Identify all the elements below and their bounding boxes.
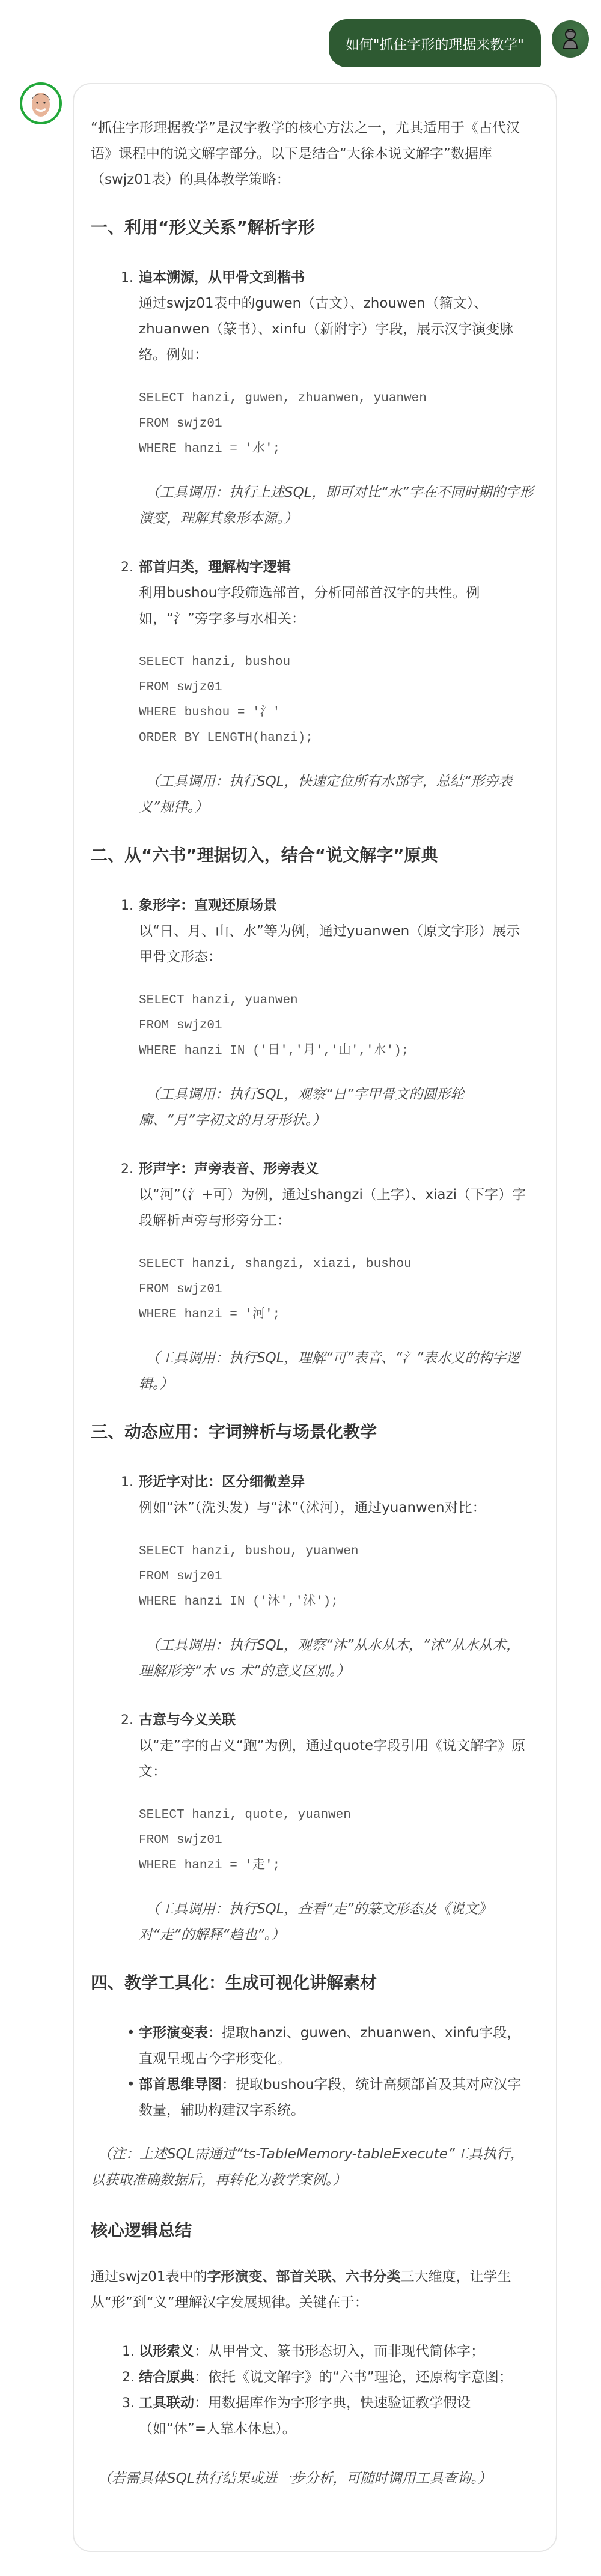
list-item: 1. 形近字对比：区分细微差异 例如“沐”（洗头发）与“沭”（沭河），通过yua…	[91, 1469, 534, 1684]
item-description: 利用bushou字段筛选部首，分析同部首汉字的共性。例如，“氵”旁字多与水相关：	[139, 580, 534, 632]
key-label: 结合原典	[139, 2369, 194, 2385]
item-number: 2.	[122, 2365, 135, 2390]
key-point: 3.工具联动：用数据库作为字形字典，快速验证教学假设（如“休”=人靠木休息）。	[91, 2390, 534, 2442]
item-title: 象形字：直观还原场景	[139, 893, 534, 919]
bullet-label: 字形演变表	[139, 2025, 208, 2041]
item-title: 追本溯源，从甲骨文到楷书	[139, 265, 534, 291]
item-description: 以“河”（氵+可）为例，通过shangzi（上字）、xiazi（下字）字段解析声…	[139, 1182, 534, 1234]
section-heading-1: 一、利用“形义关系”解析字形	[91, 217, 534, 238]
sql-code-block: SELECT hanzi, shangzi, xiazi, bushou FRO…	[139, 1252, 534, 1328]
execution-note: （注：上述SQL需通过“ts-TableMemory-tableExecute”…	[91, 2142, 534, 2193]
key-point: 2.结合原典：依托《说文解字》的“六书”理论，还原构字意图；	[91, 2365, 534, 2390]
sql-code-block: SELECT hanzi, guwen, zhuanwen, yuanwen F…	[139, 386, 534, 462]
item-description: 通过swjz01表中的guwen（古文）、zhouwen（籀文）、zhuanwe…	[139, 291, 534, 368]
item-description: 例如“沐”（洗头发）与“沭”（沭河），通过yuanwen对比：	[139, 1495, 534, 1521]
summary-heading: 核心逻辑总结	[91, 2217, 534, 2241]
list-item: 1. 追本溯源，从甲骨文到楷书 通过swjz01表中的guwen（古文）、zho…	[91, 265, 534, 532]
item-title: 形声字：声旁表音、形旁表义	[139, 1156, 534, 1182]
assistant-avatar[interactable]	[20, 82, 62, 124]
key-point: 1.以形索义：从甲骨文、篆书形态切入，而非现代简体字；	[91, 2339, 534, 2365]
tool-call-note: （工具调用：执行SQL，观察“日”字甲骨文的圆形轮廓、“月”字初文的月牙形状。）	[139, 1082, 534, 1134]
item-description: 以“走”字的古义“跑”为例，通过quote字段引用《说文解字》原文：	[139, 1733, 534, 1785]
item-number: 1.	[122, 2339, 135, 2365]
section-heading-4: 四、教学工具化：生成可视化讲解素材	[91, 1972, 534, 1994]
key-text: ：依托《说文解字》的“六书”理论，还原构字意图；	[194, 2369, 513, 2385]
section-2-list: 1. 象形字：直观还原场景 以“日、月、山、水”等为例，通过yuanwen（原文…	[91, 893, 534, 1397]
item-number: 1.	[121, 893, 133, 919]
item-number: 2.	[121, 1156, 133, 1182]
section-4-bullets: 字形演变表：提取hanzi、guwen、zhuanwen、xinfu字段，直观呈…	[91, 2020, 534, 2124]
intro-paragraph: “抓住字形理据教学”是汉字教学的核心方法之一，尤其适用于《古代汉语》课程中的说文…	[91, 115, 534, 193]
item-description: 以“日、月、山、水”等为例，通过yuanwen（原文字形）展示甲骨文形态：	[139, 919, 534, 970]
user-avatar[interactable]	[552, 20, 589, 58]
list-item: 1. 象形字：直观还原场景 以“日、月、山、水”等为例，通过yuanwen（原文…	[91, 893, 534, 1134]
section-3-list: 1. 形近字对比：区分细微差异 例如“沐”（洗头发）与“沭”（沭河），通过yua…	[91, 1469, 534, 1948]
sql-code-block: SELECT hanzi, quote, yuanwen FROM swjz01…	[139, 1803, 534, 1879]
user-message-bubble: 如何"抓住字形的理据来教学"	[329, 19, 541, 67]
tool-call-note: （工具调用：执行SQL，查看“走”的篆文形态及《说文》对“走”的解释“趋也”。）	[139, 1897, 534, 1948]
item-number: 2.	[121, 554, 133, 580]
key-label: 工具联动	[139, 2395, 194, 2411]
user-message-row: 如何"抓住字形的理据来教学"	[329, 19, 589, 67]
list-item: 2. 古意与今义关联 以“走”字的古义“跑”为例，通过quote字段引用《说文解…	[91, 1707, 534, 1948]
item-title: 部首归类，理解构字逻辑	[139, 554, 534, 580]
key-text: ：从甲骨文、篆书形态切入，而非现代简体字；	[194, 2344, 484, 2359]
summary-intro-prefix: 通过swjz01表中的	[91, 2269, 207, 2285]
section-1-list: 1. 追本溯源，从甲骨文到楷书 通过swjz01表中的guwen（古文）、zho…	[91, 265, 534, 821]
item-title: 形近字对比：区分细微差异	[139, 1469, 534, 1495]
key-label: 以形索义	[139, 2344, 194, 2359]
tool-call-note: （工具调用：执行SQL，观察“沐”从水从木，“沭”从水从术，理解形旁“木 vs …	[139, 1633, 534, 1684]
closing-note: （若需具体SQL执行结果或进一步分析，可随时调用工具查询。）	[91, 2466, 534, 2492]
user-silhouette-icon	[561, 28, 579, 50]
tool-call-note: （工具调用：执行SQL，理解“可”表音、“氵”表水义的构字逻辑。）	[139, 1346, 534, 1397]
sql-code-block: SELECT hanzi, yuanwen FROM swjz01 WHERE …	[139, 988, 534, 1064]
item-number: 1.	[121, 265, 133, 291]
bullet-label: 部首思维导图	[139, 2077, 222, 2092]
section-heading-2: 二、从“六书”理据切入，结合“说文解字”原典	[91, 845, 534, 866]
bullet-item: 部首思维导图：提取bushou字段，统计高频部首及其对应汉字数量，辅助构建汉字系…	[91, 2072, 534, 2124]
section-heading-3: 三、动态应用：字词辨析与场景化教学	[91, 1421, 534, 1443]
bullet-item: 字形演变表：提取hanzi、guwen、zhuanwen、xinfu字段，直观呈…	[91, 2020, 534, 2072]
item-number: 2.	[121, 1707, 133, 1733]
summary-intro: 通过swjz01表中的字形演变、部首关联、六书分类三大维度，让学生从“形”到“义…	[91, 2264, 534, 2316]
tool-call-note: （工具调用：执行SQL，快速定位所有水部字，总结“形旁表义”规律。）	[139, 769, 534, 821]
summary-intro-bold: 字形演变、部首关联、六书分类	[207, 2269, 401, 2285]
item-number: 3.	[122, 2390, 135, 2416]
list-item: 2. 部首归类，理解构字逻辑 利用bushou字段筛选部首，分析同部首汉字的共性…	[91, 554, 534, 821]
assistant-message-card: “抓住字形理据教学”是汉字教学的核心方法之一，尤其适用于《古代汉语》课程中的说文…	[73, 83, 557, 2552]
tool-call-note: （工具调用：执行上述SQL，即可对比“水”字在不同时期的字形演变，理解其象形本源…	[139, 480, 534, 532]
summary-key-points: 1.以形索义：从甲骨文、篆书形态切入，而非现代简体字； 2.结合原典：依托《说文…	[91, 2339, 534, 2442]
sql-code-block: SELECT hanzi, bushou FROM swjz01 WHERE b…	[139, 650, 534, 751]
item-number: 1.	[121, 1469, 133, 1495]
sql-code-block: SELECT hanzi, bushou, yuanwen FROM swjz0…	[139, 1539, 534, 1615]
list-item: 2. 形声字：声旁表音、形旁表义 以“河”（氵+可）为例，通过shangzi（上…	[91, 1156, 534, 1397]
item-title: 古意与今义关联	[139, 1707, 534, 1733]
assistant-photo-avatar	[29, 88, 53, 119]
